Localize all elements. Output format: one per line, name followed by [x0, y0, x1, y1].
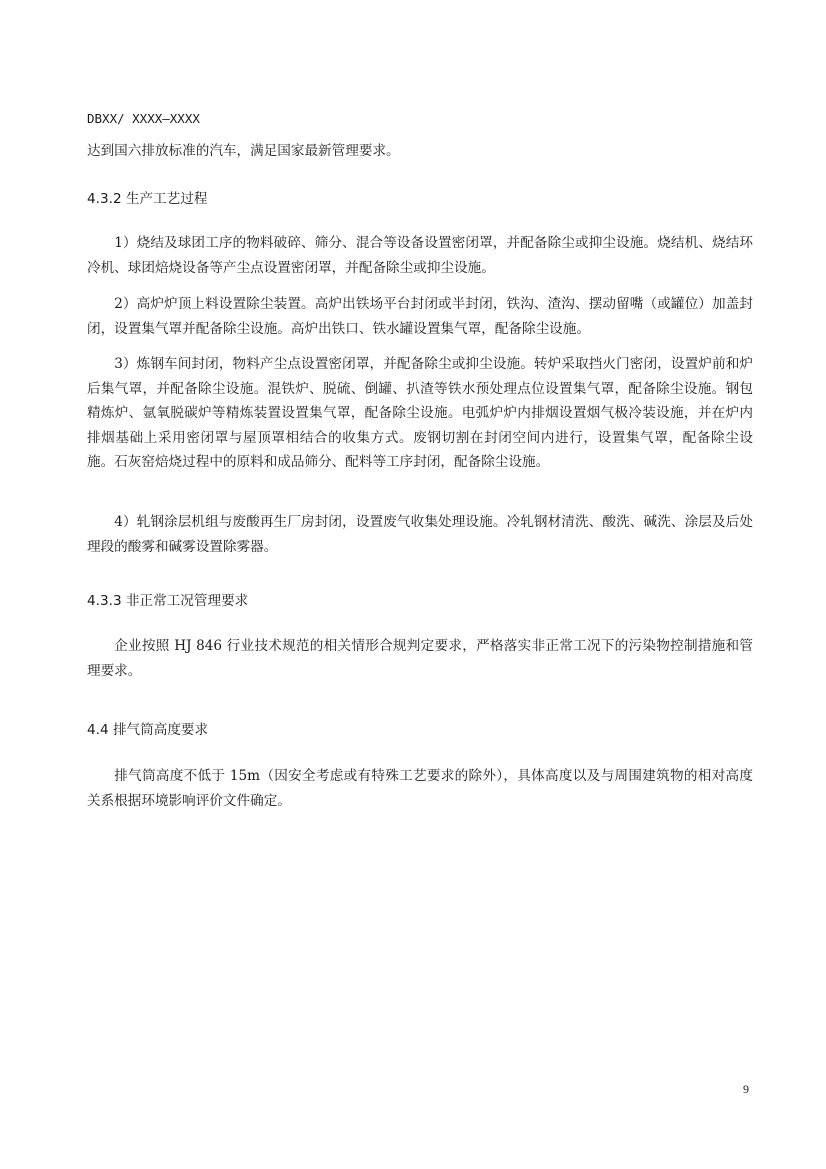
paragraph-4-3-2-item-3: 3）炼钢车间封闭，物料产尘点设置密闭罩，并配备除尘或抑尘设施。转炉采取挡火门密闭… — [87, 352, 753, 475]
paragraph-4-4: 排气筒高度不低于 15m（因安全考虑或有特殊工艺要求的除外），具体高度以及与周围… — [87, 764, 753, 813]
document-code-header: DBXX/ XXXX—XXXX — [87, 111, 200, 126]
section-heading-4-3-3: 4.3.3 非正常工况管理要求 — [87, 589, 248, 609]
section-heading-4-4: 4.4 排气筒高度要求 — [87, 718, 208, 738]
paragraph-4-3-2-item-2: 2）高炉炉顶上料设置除尘装置。高炉出铁场平台封闭或半封闭，铁沟、渣沟、摆动留嘴（… — [87, 292, 753, 341]
paragraph-4-3-3: 企业按照 HJ 846 行业技术规范的相关情形合规判定要求，严格落实非正常工况下… — [87, 634, 753, 683]
paragraph-4-3-2-item-4: 4）轧钢涂层机组与废酸再生厂房封闭，设置废气收集处理设施。冷轧钢材清洗、酸洗、碱… — [87, 510, 753, 559]
paragraph-4-3-2-item-1: 1）烧结及球团工序的物料破碎、筛分、混合等设备设置密闭罩，并配备除尘或抑尘设施。… — [87, 231, 753, 280]
page-number: 9 — [743, 1082, 749, 1097]
continuation-text: 达到国六排放标准的汽车，满足国家最新管理要求。 — [87, 139, 400, 159]
section-heading-4-3-2: 4.3.2 生产工艺过程 — [87, 187, 207, 207]
